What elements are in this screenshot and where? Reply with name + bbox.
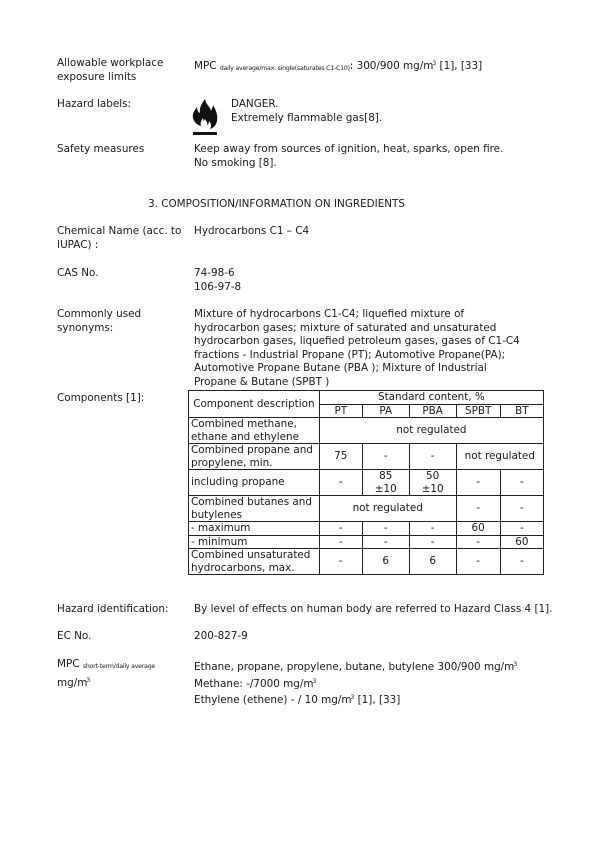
chemical-name-label: Chemical Name (acc. to IUPAC) : <box>57 225 187 252</box>
table-row: Combined butanes and butylenes not regul… <box>189 496 544 522</box>
mpc-line-sup: 3 <box>513 661 517 668</box>
cas-value: 106-97-8 <box>194 281 554 295</box>
flame-icon <box>191 97 219 137</box>
components-table: Component description Standard content, … <box>188 390 544 575</box>
cell: - <box>500 470 543 496</box>
cell: - <box>409 535 456 549</box>
exposure-limits-label: Allowable workplace exposure limits <box>57 57 187 84</box>
table-row: Combined unsaturated hydrocarbons, max. … <box>189 549 544 575</box>
components-label: Components [1]: <box>57 392 187 406</box>
cell: - <box>319 470 362 496</box>
mpc-refs: [1], [33] <box>436 60 482 72</box>
mpc-prefix: MPC <box>194 60 217 72</box>
cell: 6 <box>409 549 456 575</box>
cell: - <box>500 496 543 522</box>
signal-word: DANGER. <box>231 98 382 112</box>
cell: 75 <box>319 444 362 470</box>
table-header-row: Component description Standard content, … <box>189 391 544 405</box>
cell: - <box>362 535 409 549</box>
safety-line-2: No smoking [8]. <box>194 157 554 171</box>
cell: - <box>409 444 456 470</box>
header-pt: PT <box>319 404 362 418</box>
header-bt: BT <box>500 404 543 418</box>
ec-no-value: 200-827-9 <box>194 630 554 644</box>
row-desc: Combined unsaturated hydrocarbons, max. <box>189 549 320 575</box>
mpc-short-line-1: Ethane, propane, propylene, butane, buty… <box>194 658 554 675</box>
mpc-short-line-3: Ethylene (ethene) - / 10 mg/m3 [1], [33] <box>194 691 554 708</box>
cell: not regulated <box>319 418 543 444</box>
cas-values: 74-98-6 106-97-8 <box>194 267 554 294</box>
table-row: - maximum - - - 60 - <box>189 522 544 536</box>
cell: - <box>409 522 456 536</box>
table-row: Combined propane and propylene, min. 75 … <box>189 444 544 470</box>
row-desc: including propane <box>189 470 320 496</box>
mpc-subscript: daily average/max. single(saturates C1-C… <box>220 65 350 72</box>
mpc-short-unit-sup: 3 <box>86 677 90 684</box>
mpc-line-refs: [1], [33] <box>354 694 400 706</box>
cell: - <box>456 535 500 549</box>
cas-label: CAS No. <box>57 267 187 281</box>
cell: - <box>456 549 500 575</box>
cell: - <box>362 444 409 470</box>
mpc-line-text: Ethane, propane, propylene, butane, buty… <box>194 661 514 673</box>
header-spbt: SPBT <box>456 404 500 418</box>
chemical-name-value: Hydrocarbons C1 – C4 <box>194 225 554 239</box>
safety-measures-label: Safety measures <box>57 143 187 157</box>
mpc-value: : 300/900 mg/m <box>350 60 434 72</box>
mpc-short-label: MPC short-term/daily average mg/m3 <box>57 658 187 690</box>
synonyms-label: Commonly used synonyms: <box>57 308 187 335</box>
row-desc: Combined methane, ethane and ethylene <box>189 418 320 444</box>
hazard-statement-block: DANGER. Extremely flammable gas[8]. <box>231 98 382 125</box>
exposure-limits-value: MPC daily average/max. single(saturates … <box>194 57 554 76</box>
header-standard-content: Standard content, % <box>319 391 543 405</box>
row-desc: Combined propane and propylene, min. <box>189 444 320 470</box>
section-title: 3. COMPOSITION/INFORMATION ON INGREDIENT… <box>148 198 405 212</box>
table-row: - minimum - - - - 60 <box>189 535 544 549</box>
mpc-short-subscript: short-term/daily average <box>83 663 155 670</box>
safety-line-1: Keep away from sources of ignition, heat… <box>194 143 554 157</box>
mpc-short-prefix: MPC <box>57 658 80 670</box>
mpc-line-text: Ethylene (ethene) - / 10 mg/m <box>194 694 352 706</box>
cell: - <box>456 496 500 522</box>
header-pa: PA <box>362 404 409 418</box>
mpc-short-values: Ethane, propane, propylene, butane, buty… <box>194 658 554 708</box>
cell: - <box>500 549 543 575</box>
header-pba: PBA <box>409 404 456 418</box>
cell: - <box>319 535 362 549</box>
table-row: including propane - 85 ±10 50 ±10 - - <box>189 470 544 496</box>
cell: - <box>500 522 543 536</box>
cell: - <box>319 522 362 536</box>
row-desc: - minimum <box>189 535 320 549</box>
safety-measures-value: Keep away from sources of ignition, heat… <box>194 143 554 170</box>
cell: 85 ±10 <box>362 470 409 496</box>
cell: 50 ±10 <box>409 470 456 496</box>
hazard-labels-label: Hazard labels: <box>57 98 187 112</box>
mpc-line-sup: 3 <box>313 678 317 685</box>
cell: - <box>456 470 500 496</box>
mpc-short-line-2: Methane: -/7000 mg/m3 <box>194 675 554 692</box>
hazard-statement: Extremely flammable gas[8]. <box>231 112 382 126</box>
row-desc: Combined butanes and butylenes <box>189 496 320 522</box>
cas-value: 74-98-6 <box>194 267 554 281</box>
hazard-identification-label: Hazard identification: <box>57 603 187 617</box>
cell: not regulated <box>319 496 456 522</box>
header-component-description: Component description <box>189 391 320 418</box>
cell: 60 <box>500 535 543 549</box>
mpc-line-text: Methane: -/7000 mg/m <box>194 678 314 690</box>
row-desc: - maximum <box>189 522 320 536</box>
ec-no-label: EC No. <box>57 630 187 644</box>
hazard-identification-value: By level of effects on human body are re… <box>194 603 554 617</box>
synonyms-value: Mixture of hydrocarbons C1-C4; liquefied… <box>194 308 529 389</box>
cell: 60 <box>456 522 500 536</box>
cell: - <box>362 522 409 536</box>
mpc-short-unit: mg/m <box>57 677 87 689</box>
cell: 6 <box>362 549 409 575</box>
cell: not regulated <box>456 444 543 470</box>
table-row: Combined methane, ethane and ethylene no… <box>189 418 544 444</box>
cell: - <box>319 549 362 575</box>
